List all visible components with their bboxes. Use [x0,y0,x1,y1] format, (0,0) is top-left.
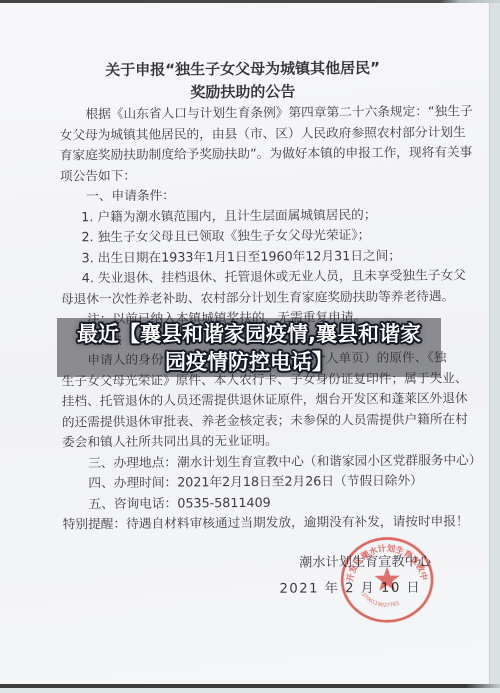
svg-text:3706119027783: 3706119027783 [360,591,400,609]
overlay-caption-line2: 园疫情防控电话】 [165,348,333,376]
official-seal: 开发区潮水计划生育宣教中心 3706119027783 [335,531,440,628]
section-heading-4: 四、办理时间：2021年2月18日至2月26日（节假日除外） [62,470,447,494]
overlay-caption-line1: 最近【襄县和谐家园疫情,襄县和谐家 [77,320,421,348]
body-line: 育家庭奖励扶助制度给予奖励扶助”。为做好本镇的申报工作，现将有关事 [60,142,445,166]
photo-top-edge [0,0,500,3]
body-line: 的还需提供退休审批表、养老金核定表；未参保的人员需提供户籍所在村 [62,409,447,433]
photo-frame: 关于申报“独生子女父母为城镇其他居民” 奖励扶助的公告 根据《山东省人口与计划生… [0,0,500,693]
seal-star-icon [374,567,400,591]
seal-number: 3706119027783 [360,591,400,609]
overlay-caption-banner: 最近【襄县和谐家园疫情,襄县和谐家 园疫情防控电话】 [57,318,441,377]
body-line: 挂档、托管退休的人员还需提供退休证原件，烟台开发区和蓬莱区外退休 [62,388,447,412]
photo-backdrop-strip [0,688,500,693]
body-line: 母退休一次性养老补助、农村部分计划生育家庭奖励扶助等养老待遇。 [61,286,446,310]
notice-title-line2: 奖励扶助的公告 [0,79,487,104]
condition-item-4: 4. 失业退休、挂档退休、托管退休或无业人员，且未享受独生子女父 [61,265,446,289]
notice-title-line1: 关于申报“独生子女父母为城镇其他居民” [0,56,487,81]
body-line: 根据《山东省人口与计划生育条例》第四章第二十六条规定：“独生子 [59,101,444,125]
